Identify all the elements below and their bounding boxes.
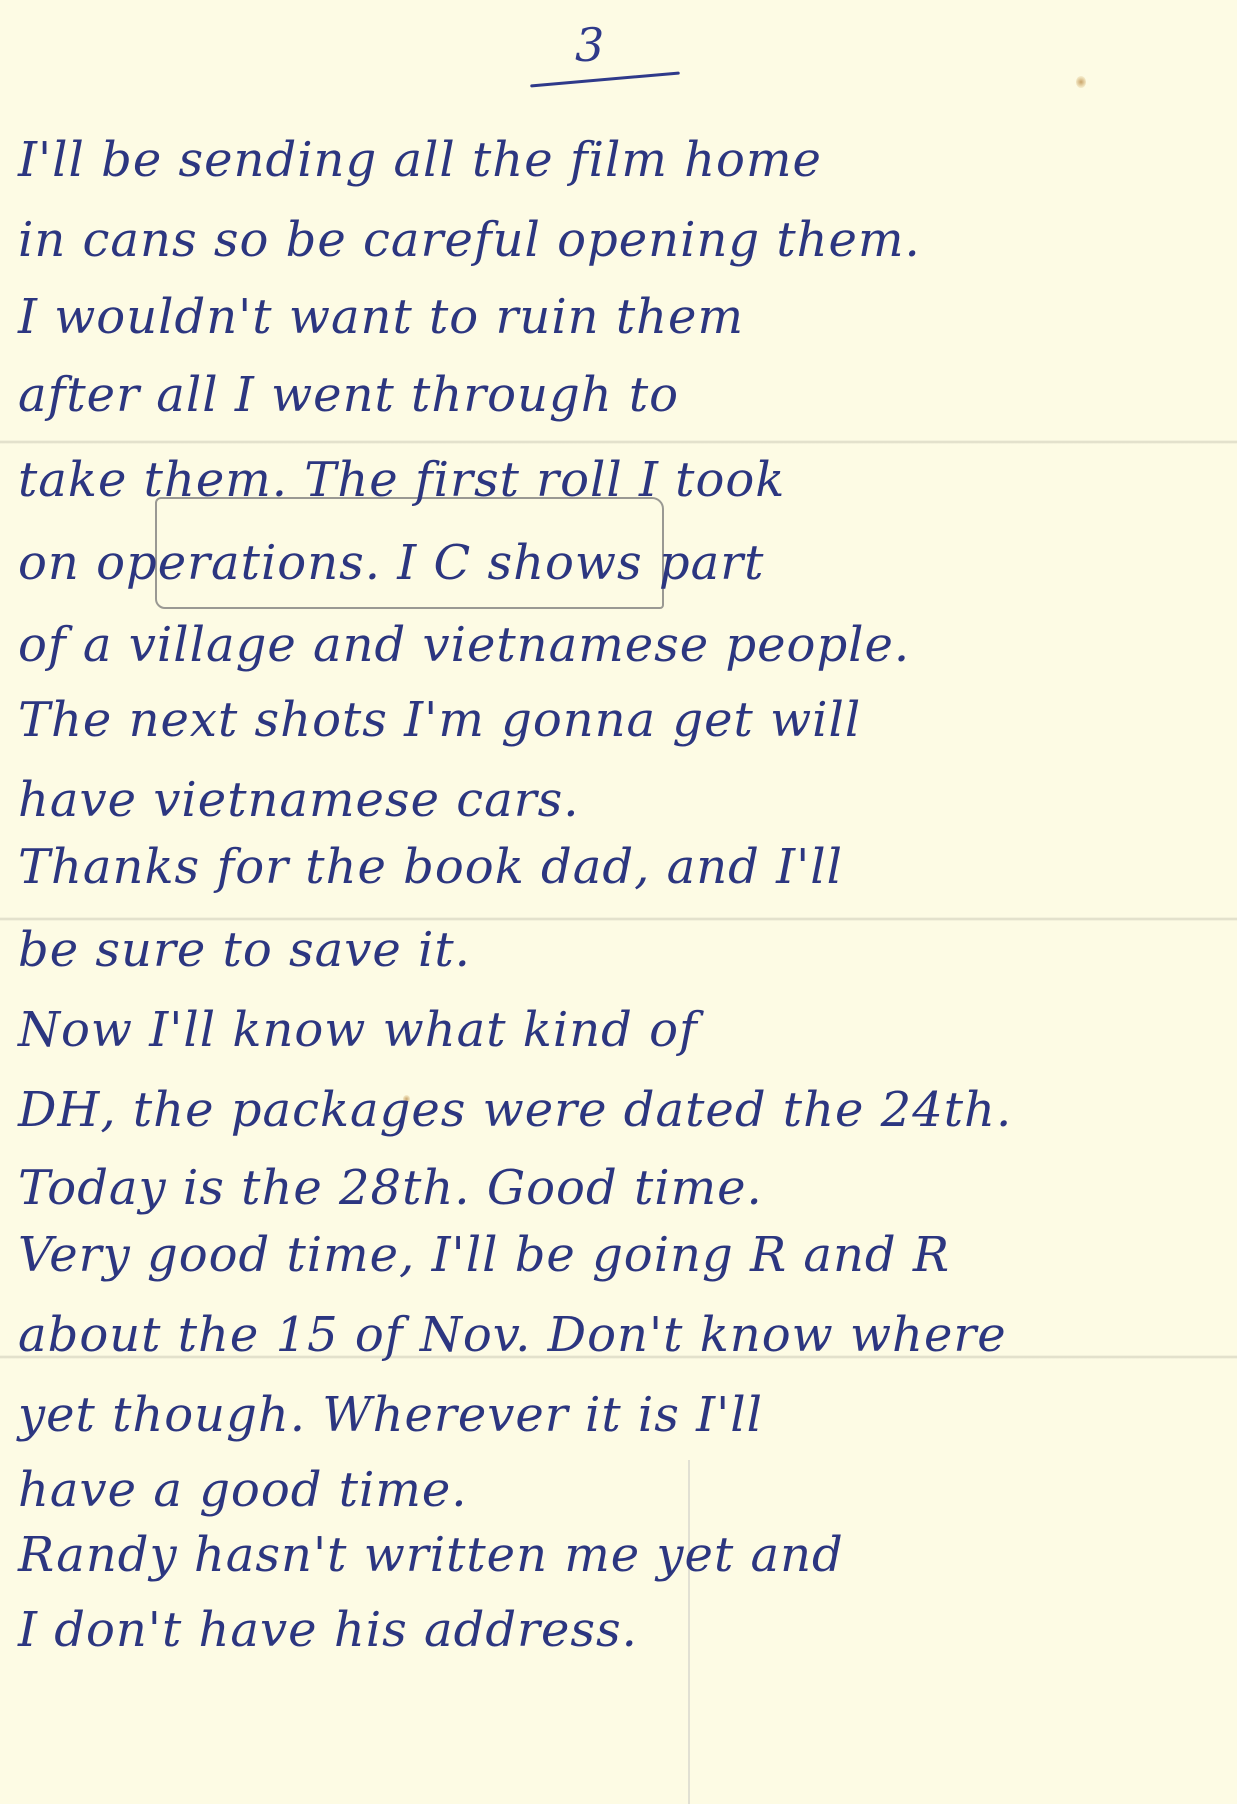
letter-line: of a village and vietnamese people.: [18, 615, 910, 675]
page-number: 3: [575, 18, 604, 72]
letter-line: be sure to save it.: [18, 920, 471, 980]
letter-line: I'll be sending all the film home: [18, 130, 822, 190]
letter-line: I wouldn't want to ruin them: [18, 287, 744, 347]
letter-line: have a good time.: [18, 1460, 468, 1520]
paper-crease: [688, 1460, 690, 1804]
letter-line: DH, the packages were dated the 24th.: [18, 1080, 1012, 1140]
letter-line: I don't have his address.: [18, 1600, 638, 1660]
letter-line: take them. The first roll I took: [18, 450, 785, 510]
letter-line: on operations. I C shows part: [18, 533, 764, 593]
letter-line: Very good time, I'll be going R and R: [18, 1225, 950, 1285]
letter-line: have vietnamese cars.: [18, 770, 580, 830]
letter-line: in cans so be careful opening them.: [18, 210, 921, 270]
paper-stain: [1076, 76, 1086, 88]
letter-line: Now I'll know what kind of: [18, 1000, 698, 1060]
letter-line: yet though. Wherever it is I'll: [18, 1385, 763, 1445]
letter-line: Today is the 28th. Good time.: [18, 1158, 763, 1218]
letter-line: Randy hasn't written me yet and: [18, 1525, 844, 1585]
letter-line: The next shots I'm gonna get will: [18, 690, 861, 750]
paper-fold-line: [0, 440, 1237, 444]
letter-line: after all I went through to: [18, 365, 679, 425]
letter-line: Thanks for the book dad, and I'll: [18, 837, 843, 897]
letter-line: about the 15 of Nov. Don't know where: [18, 1305, 1007, 1365]
